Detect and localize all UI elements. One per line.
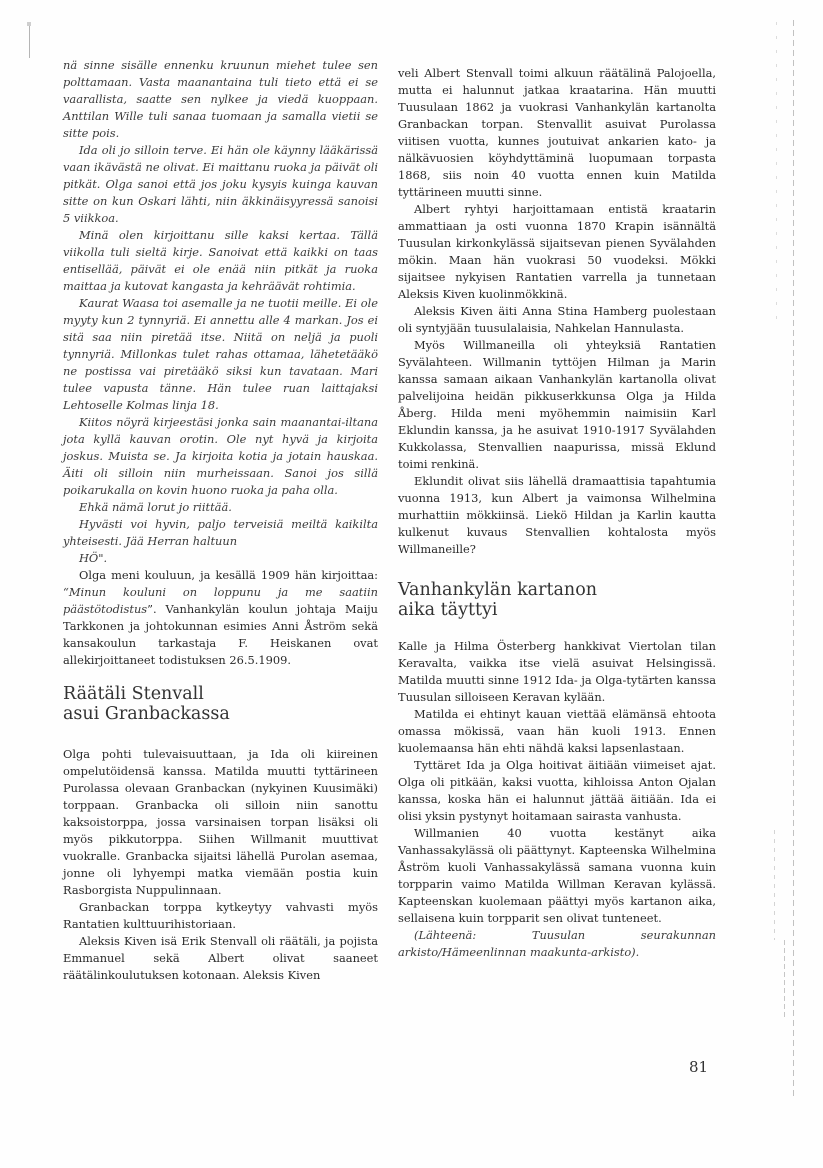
heading-line: aika täyttyi <box>398 600 498 620</box>
body-paragraph: Kalle ja Hilma Österberg hankkivat Viert… <box>398 638 716 706</box>
scan-artifact-edge <box>774 830 775 940</box>
body-paragraph: Willmanien 40 vuotta kestänyt aika Vanha… <box>398 825 716 927</box>
body-paragraph: Albert ryhtyi harjoittamaan entistä kraa… <box>398 201 716 303</box>
body-paragraph: Matilda ei ehtinyt kauan viettää elämäns… <box>398 706 716 757</box>
letter-paragraph: Hyvästi voi hyvin, paljo terveisiä meilt… <box>63 516 378 550</box>
body-paragraph: Olga pohti tulevaisuuttaan, ja Ida oli k… <box>63 746 378 899</box>
page-number: 81 <box>689 1058 708 1076</box>
letter-paragraph: Minä olen kirjoittanu sille kaksi kertaa… <box>63 227 378 295</box>
heading-line: Vanhankylän kartanon <box>398 580 597 600</box>
heading-line: Räätäli Stenvall <box>63 684 204 704</box>
scan-artifact-edge <box>776 22 777 322</box>
scan-artifact-edge <box>793 20 794 1100</box>
scan-artifact-mark <box>29 22 30 58</box>
section-heading: Räätäli Stenvallasui Granbackassa <box>63 684 378 724</box>
section-heading: Vanhankylän kartanonaika täyttyi <box>398 580 716 620</box>
letter-paragraph: nä sinne sisälle ennenku kruunun miehet … <box>63 57 378 142</box>
body-paragraph: Granbackan torppa kytkeytyy vahvasti myö… <box>63 899 378 933</box>
letter-paragraph: Kiitos nöyrä kirjeestäsi jonka sain maan… <box>63 414 378 499</box>
body-paragraph: Aleksis Kiven isä Erik Stenvall oli räät… <box>63 933 378 984</box>
heading-line: asui Granbackassa <box>63 704 230 724</box>
body-paragraph: Tyttäret Ida ja Olga hoitivat äitiään vi… <box>398 757 716 825</box>
letter-paragraph: Kaurat Waasa toi asemalle ja ne tuotii m… <box>63 295 378 414</box>
body-paragraph: Myös Willmaneilla oli yhteyksiä Rantatie… <box>398 337 716 473</box>
body-paragraph: Aleksis Kiven äiti Anna Stina Hamberg pu… <box>398 303 716 337</box>
paragraph-text: Olga meni kouluun, ja kesällä 1909 hän k… <box>79 568 378 582</box>
source-note: (Lähteenä: Tuusulan seurakunnan arkisto/… <box>398 927 716 961</box>
letter-paragraph: Ida oli jo silloin terve. Ei hän ole käy… <box>63 142 378 227</box>
letter-paragraph: Ehkä nämä lorut jo riittää. <box>63 499 378 516</box>
body-paragraph: Olga meni kouluun, ja kesällä 1909 hän k… <box>63 567 378 669</box>
letter-signature: HÖ". <box>63 550 378 567</box>
body-paragraph: veli Albert Stenvall toimi alkuun räätäl… <box>398 65 716 201</box>
right-column: veli Albert Stenvall toimi alkuun räätäl… <box>398 65 716 961</box>
left-column: nä sinne sisälle ennenku kruunun miehet … <box>63 57 378 984</box>
scan-artifact-edge <box>784 940 785 1020</box>
body-paragraph: Eklundit olivat siis lähellä dramaattisi… <box>398 473 716 558</box>
scanned-book-page: nä sinne sisälle ennenku kruunun miehet … <box>0 0 823 1168</box>
